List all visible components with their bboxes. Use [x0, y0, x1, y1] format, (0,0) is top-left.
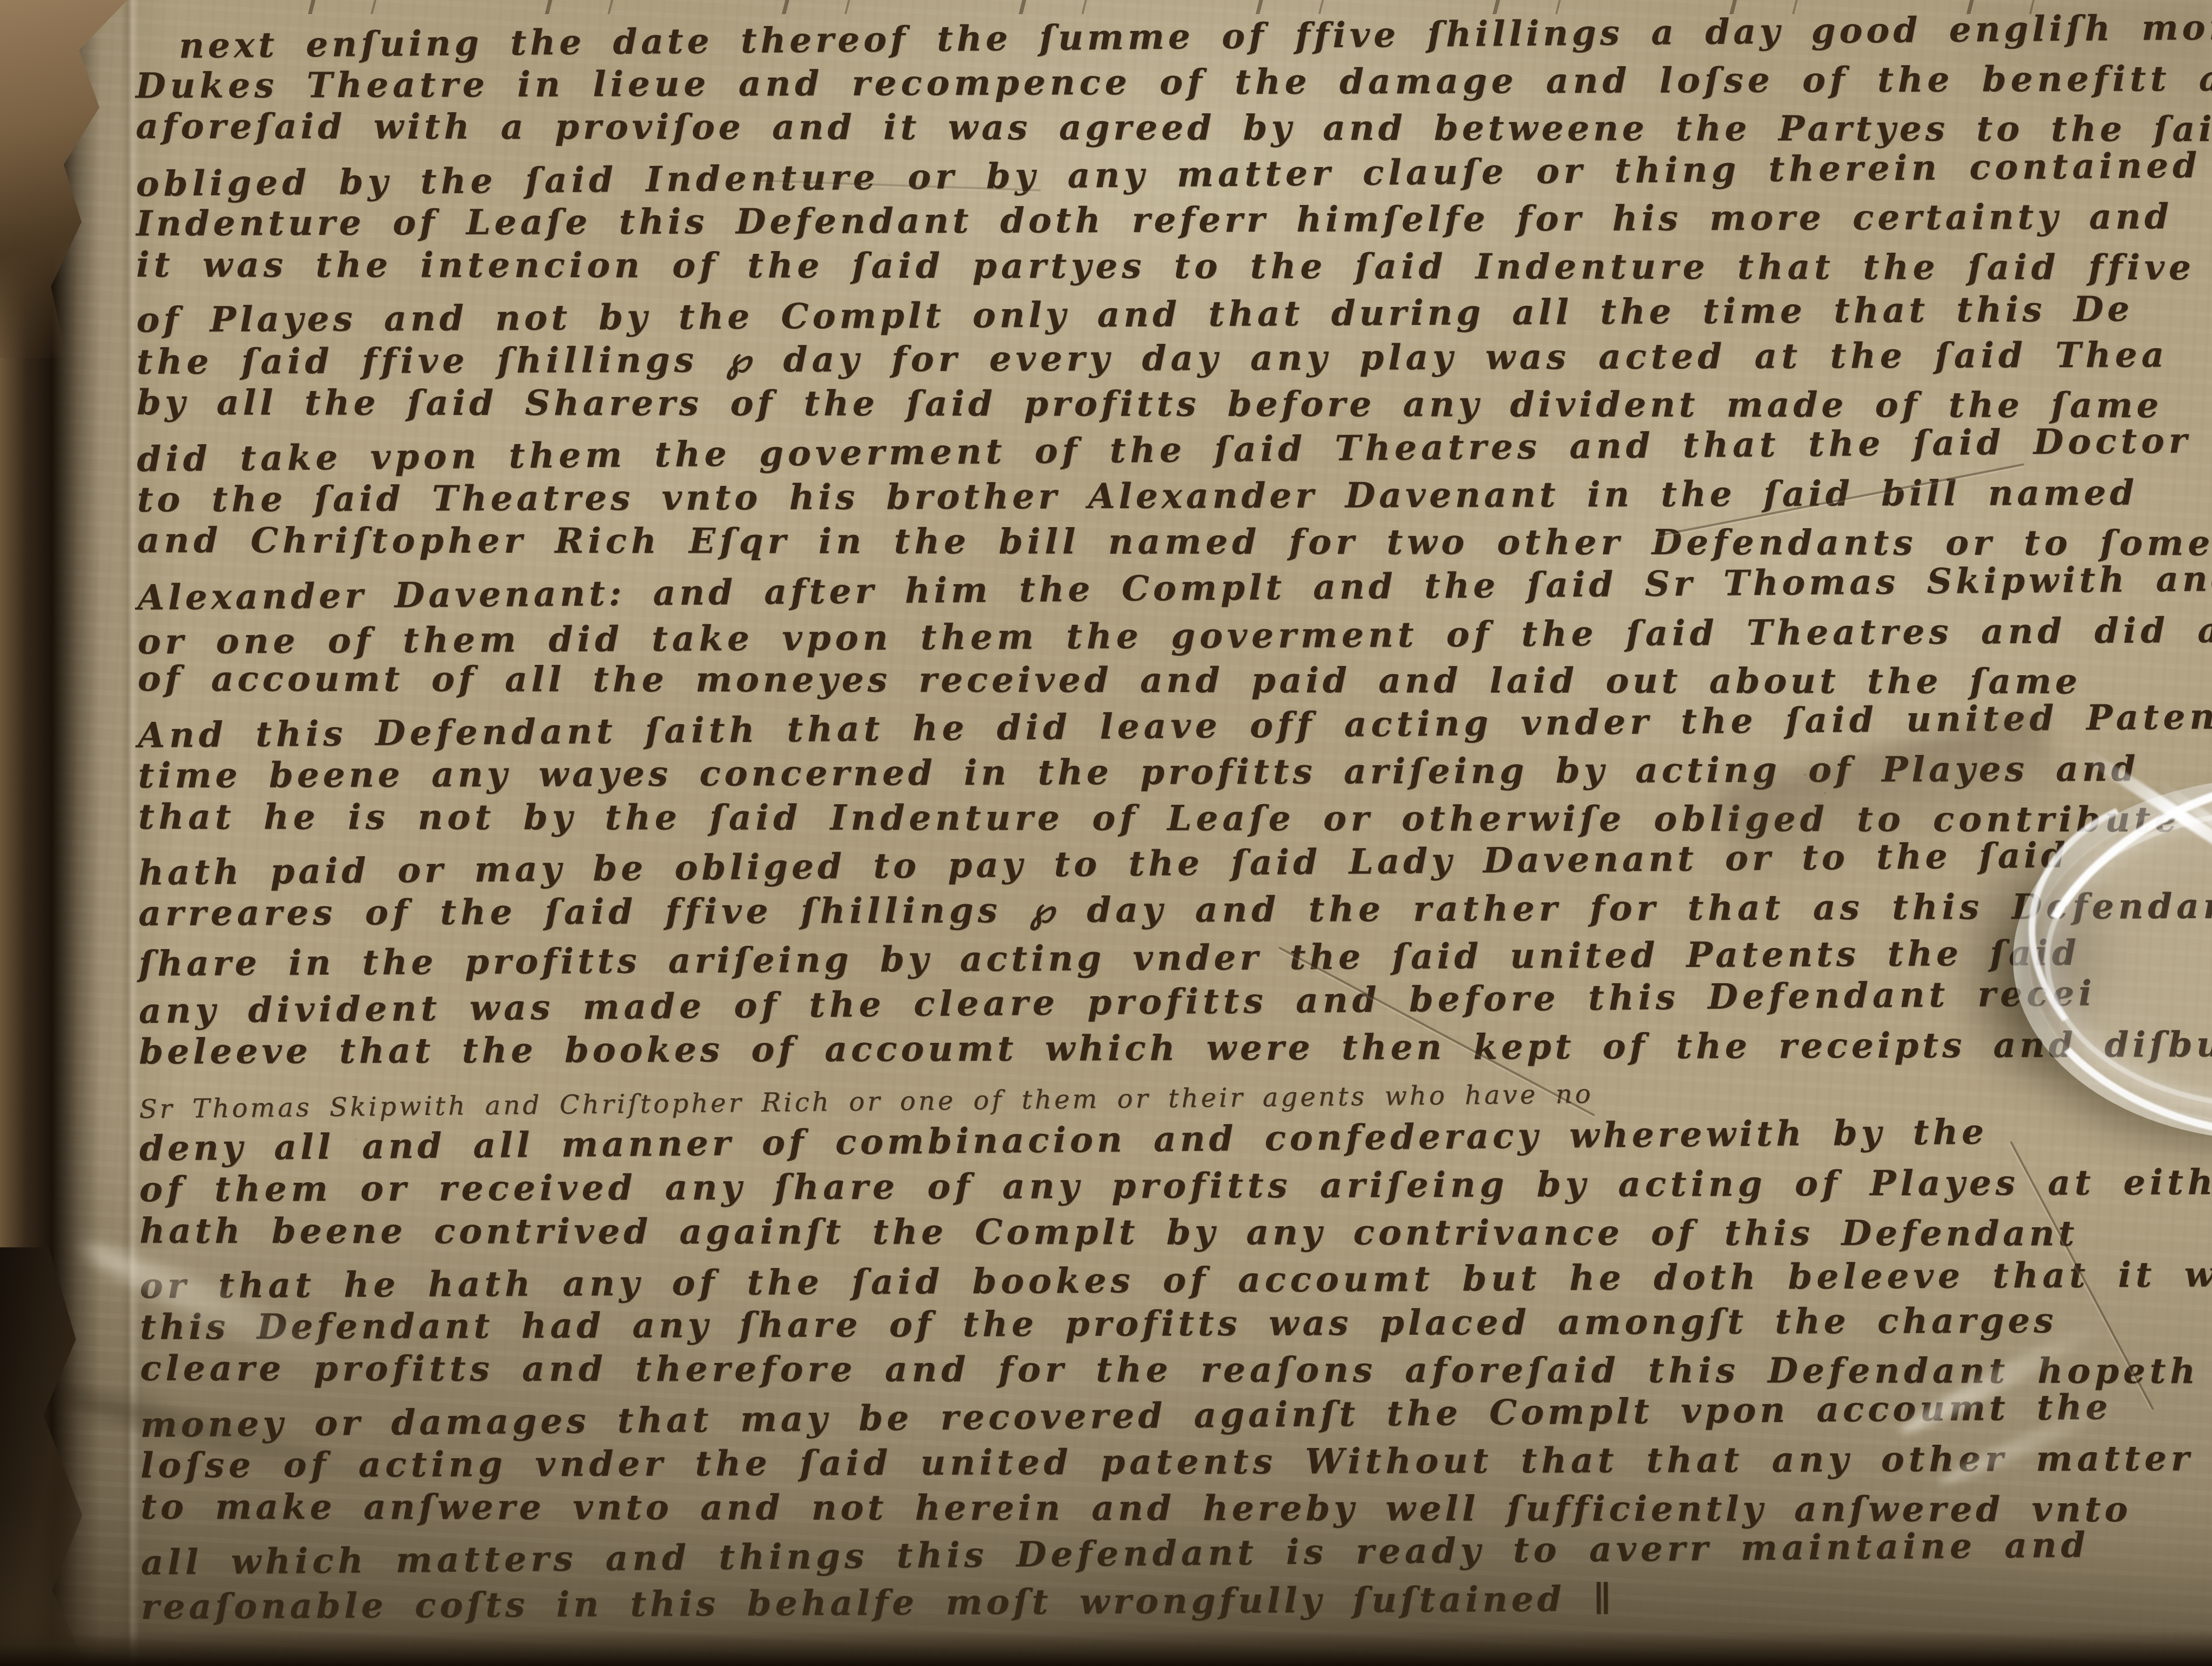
- manuscript-line: the ſaid ffive ſhillings ℘ day for every…: [137, 334, 2169, 384]
- manuscript-line: cleare profitts and therefore and for th…: [140, 1347, 2200, 1393]
- manuscript-line: by all the ſaid Sharers of the ſaid prof…: [137, 381, 2162, 427]
- manuscript-line: of them or received any ſhare of any pro…: [139, 1161, 2212, 1212]
- manuscript-line: of Playes and not by the Complt only and…: [136, 287, 2133, 342]
- manuscript-line: Dukes Theatre in lieue and recompence of…: [136, 56, 2212, 108]
- manuscript-line: aforeſaid with a proviſoe and it was agr…: [136, 105, 2212, 151]
- manuscript-line: Indenture of Leaſe this Defendant doth r…: [136, 195, 2173, 246]
- manuscript-line: it was the intencion of the ſaid partyes…: [136, 244, 2195, 290]
- manuscript-line: of accoumt of all the moneyes received a…: [138, 658, 2081, 704]
- manuscript-line: hath beene contrived againſt the Complt …: [140, 1209, 2078, 1255]
- dark-bottom-edge: [0, 1631, 2212, 1666]
- manuscript-photo: next enſuing the date thereof the ſumme …: [0, 0, 2212, 1666]
- manuscript-line: beleeve that the bookes of accoumt which…: [139, 1023, 2212, 1074]
- manuscript-line: loſse of acting vnder the ſaid united pa…: [140, 1437, 2194, 1488]
- glass-magnifier-lens: [2013, 779, 2212, 1140]
- manuscript-line: to the ſaid Theatres vnto his brother Al…: [137, 471, 2138, 522]
- manuscript-line: arreares of the ſaid ffive ſhillings ℘ d…: [138, 884, 2212, 936]
- manuscript-line: or one of them did take vpon them the go…: [138, 609, 2212, 664]
- manuscript-line: and Chriſtopher Rich Eſqr in the bill na…: [137, 519, 2212, 566]
- manuscript-line: this Defendant had any ſhare of the prof…: [140, 1299, 2057, 1349]
